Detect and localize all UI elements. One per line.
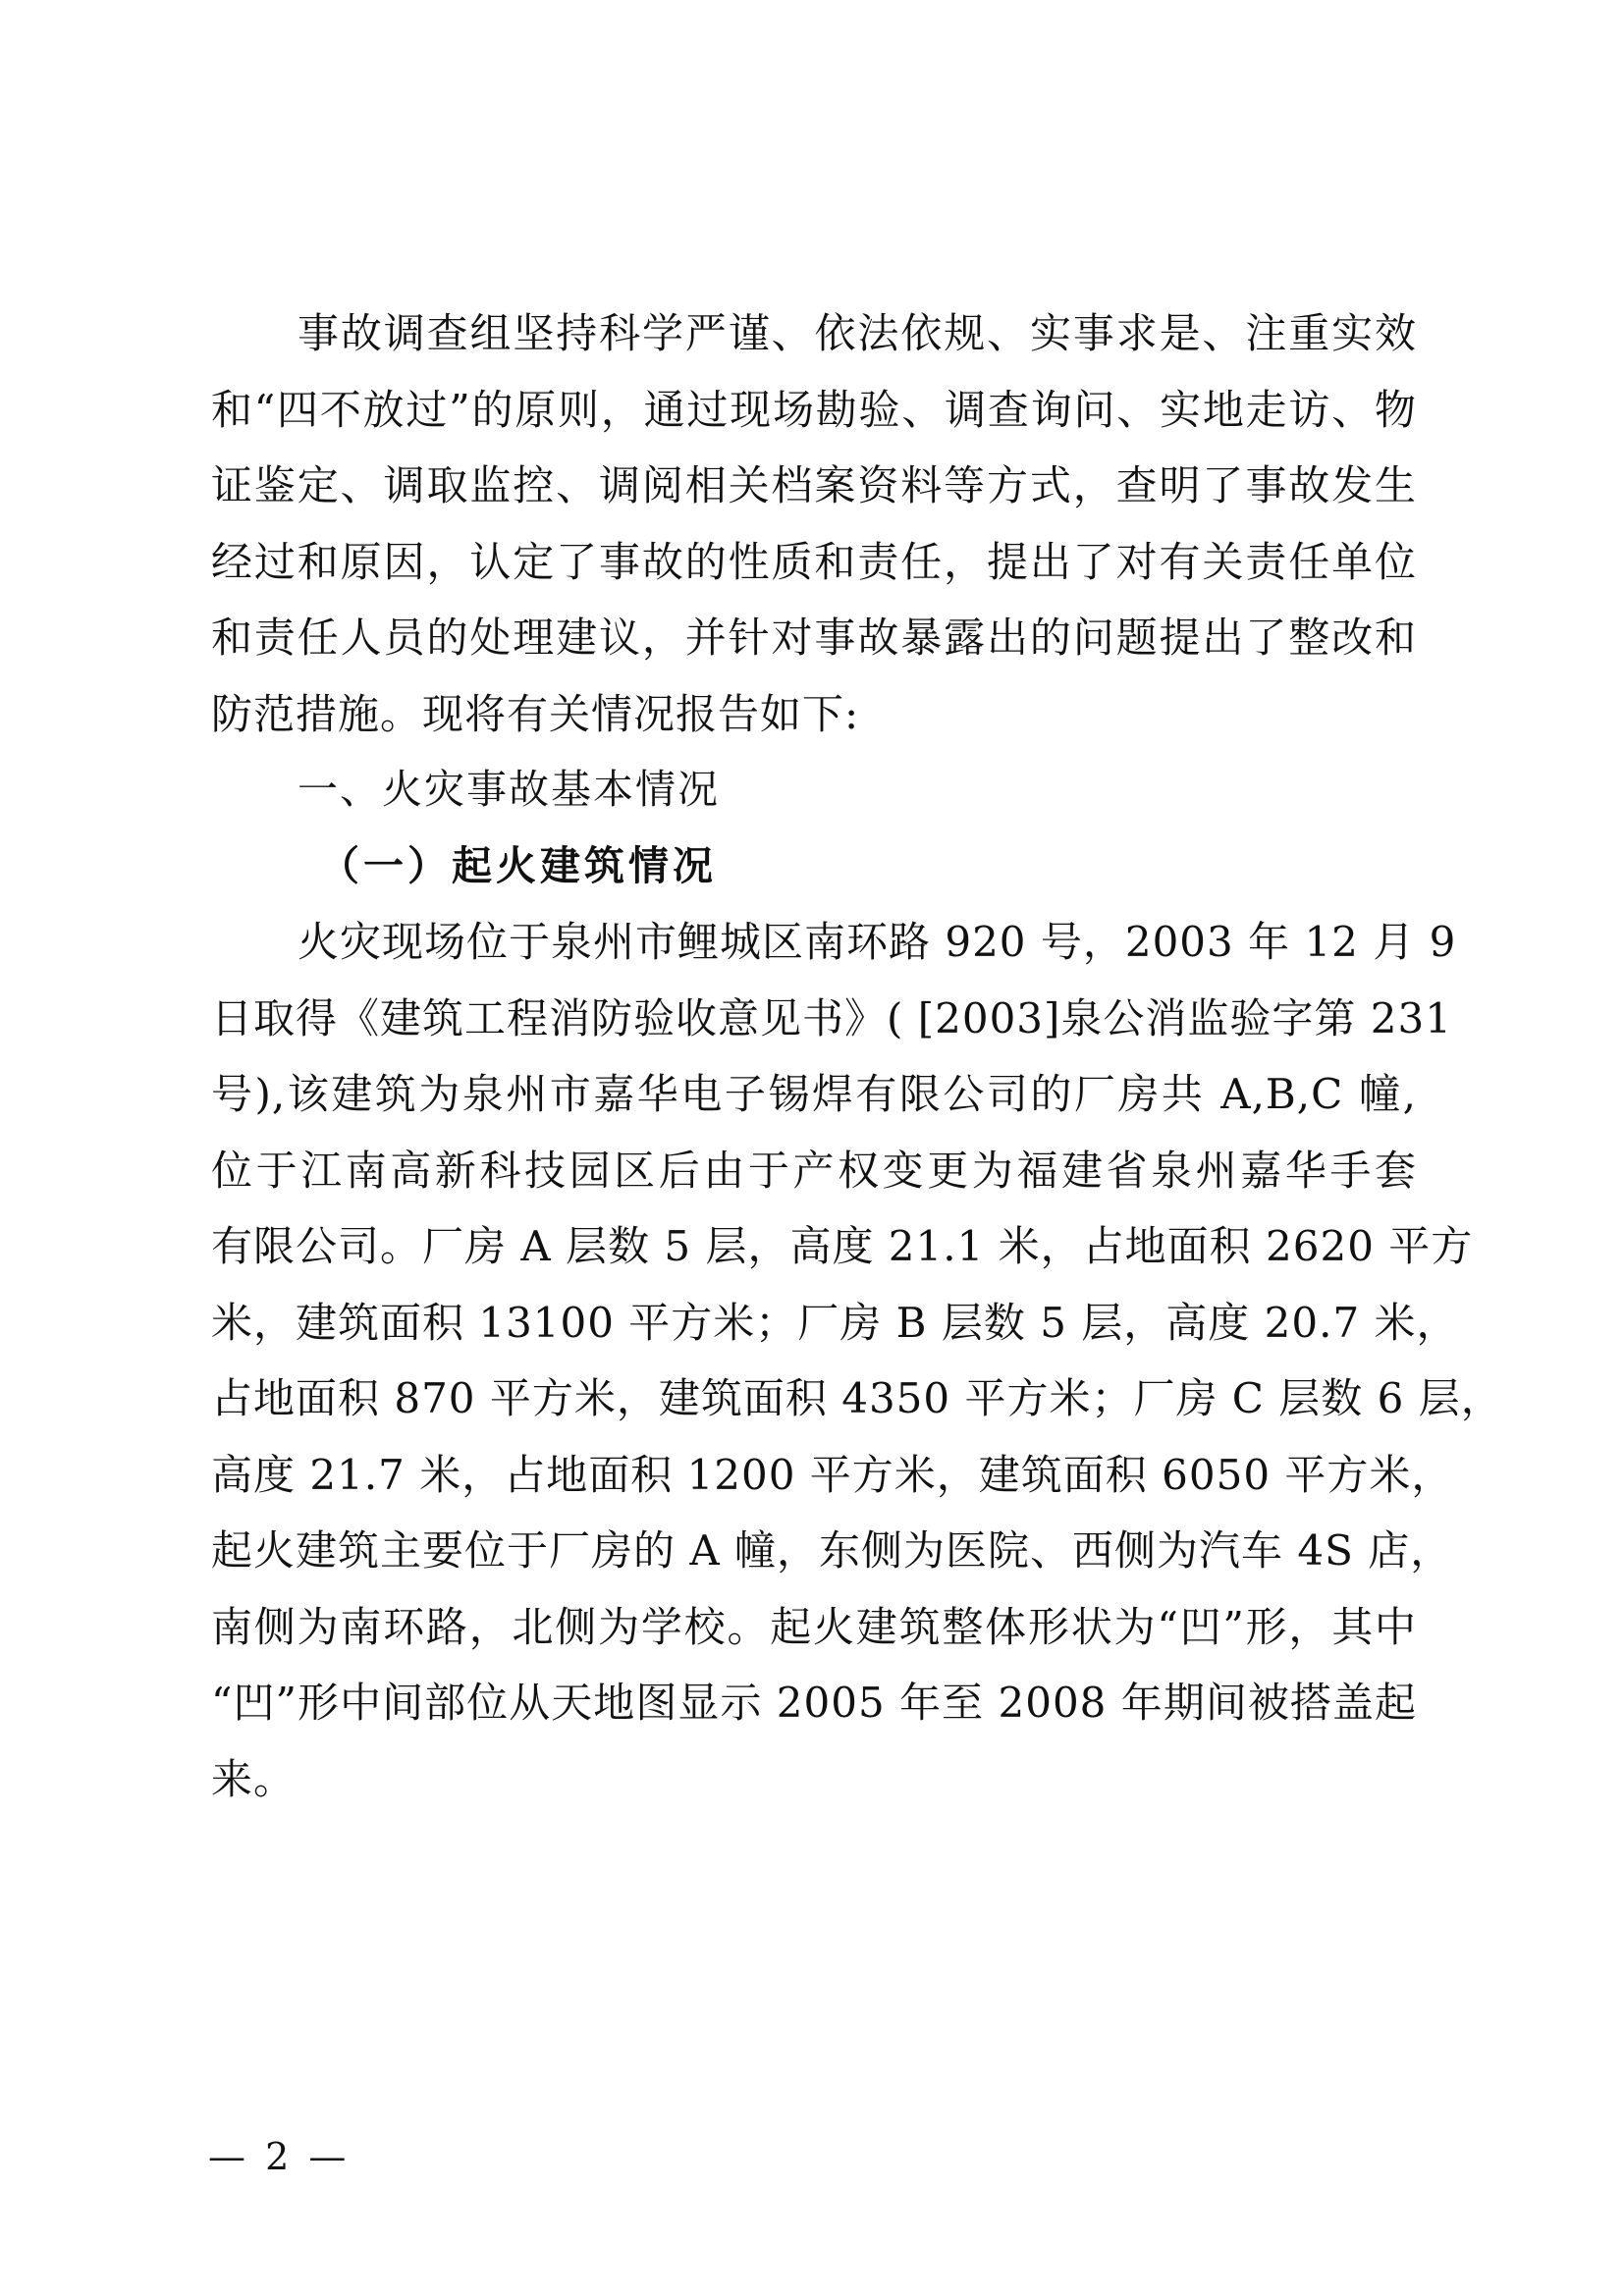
page-number: — 2 — [208,2132,350,2181]
text-line: 和责任人员的处理建议，并针对事故暴露出的问题提出了整改和 [211,600,1417,676]
text-line: 事故调查组坚持科学严谨、依法依规、实事求是、注重实效 [211,295,1417,372]
text-line: 有限公司。厂房 A 层数 5 层，高度 21.1 米，占地面积 2620 平方 [211,1208,1417,1285]
text-line: 火灾现场位于泉州市鲤城区南环路 920 号，2003 年 12 月 9 [211,904,1417,981]
paragraph-intro: 事故调查组坚持科学严谨、依法依规、实事求是、注重实效 和“四不放过”的原则，通过… [211,295,1417,752]
text-line: 和“四不放过”的原则，通过现场勘验、调查询问、实地走访、物 [211,372,1417,449]
text-line: 高度 21.7 米，占地面积 1200 平方米，建筑面积 6050 平方米， [211,1437,1417,1514]
text-line: “凹”形中间部位从天地图显示 2005 年至 2008 年期间被搭盖起 [211,1665,1417,1741]
text-line: 经过和原因，认定了事故的性质和责任，提出了对有关责任单位 [211,524,1417,601]
text-line: 位于江南高新科技园区后由于产权变更为福建省泉州嘉华手套 [211,1133,1417,1209]
text-line: 来。 [211,1741,1417,1818]
section-heading: 一、火灾事故基本情况 [211,752,1417,828]
text-line: 防范措施。现将有关情况报告如下: [211,676,1417,753]
text-line: 起火建筑主要位于厂房的 A 幢，东侧为医院、西侧为汽车 4S 店， [211,1513,1417,1589]
text-line: 日取得《建筑工程消防验收意见书》( [2003]泉公消监验字第 231 [211,981,1417,1057]
document-body: 事故调查组坚持科学严谨、依法依规、实事求是、注重实效 和“四不放过”的原则，通过… [211,295,1417,1817]
text-line: 号),该建筑为泉州市嘉华电子锡焊有限公司的厂房共 A,B,C 幢, [211,1056,1417,1133]
text-line: 米，建筑面积 13100 平方米；厂房 B 层数 5 层，高度 20.7 米， [211,1285,1417,1362]
text-line: 证鉴定、调取监控、调阅相关档案资料等方式，查明了事故发生 [211,448,1417,524]
paragraph-building: 火灾现场位于泉州市鲤城区南环路 920 号，2003 年 12 月 9 日取得《… [211,904,1417,1817]
document-page: 事故调查组坚持科学严谨、依法依规、实事求是、注重实效 和“四不放过”的原则，通过… [0,0,1624,2296]
text-line: 占地面积 870 平方米，建筑面积 4350 平方米；厂房 C 层数 6 层， [211,1361,1417,1437]
subsection-heading: （一）起火建筑情况 [211,828,1417,905]
text-line: 南侧为南环路，北侧为学校。起火建筑整体形状为“凹”形，其中 [211,1589,1417,1666]
